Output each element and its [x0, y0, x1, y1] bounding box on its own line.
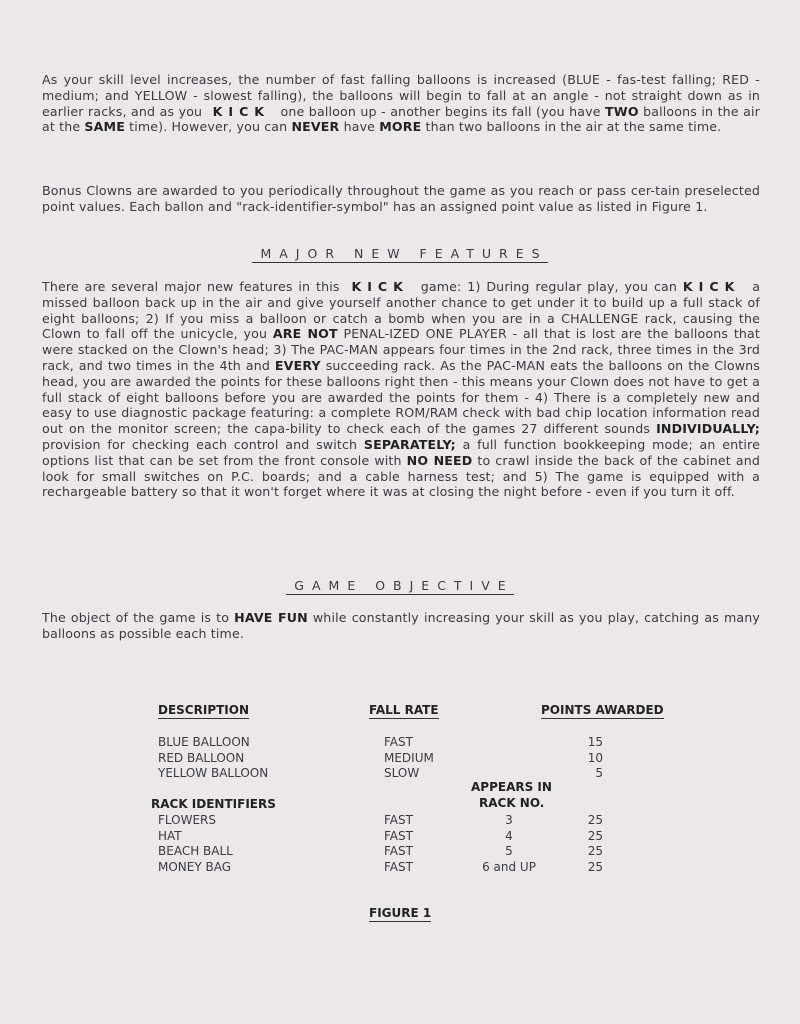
header-fall-rate: FALL RATE [369, 703, 439, 719]
rack-description: FLOWERS [158, 813, 216, 827]
rack-description: MONEY BAG [158, 860, 231, 874]
manual-page: As your skill level increases, the numbe… [0, 0, 800, 1024]
header-points-awarded: POINTS AWARDED [541, 703, 664, 719]
balloon-points: 5 [595, 766, 603, 780]
figure-caption: FIGURE 1 [369, 906, 431, 922]
rack-fall-rate: FAST [384, 844, 413, 858]
figure-1-table: DESCRIPTION FALL RATE POINTS AWARDED BLU… [0, 0, 800, 1024]
rack-fall-rate: FAST [384, 860, 413, 874]
rack-points: 25 [588, 829, 603, 843]
rack-number: 6 and UP [482, 860, 536, 874]
balloon-description: YELLOW BALLOON [158, 766, 268, 780]
rack-number: 4 [505, 829, 513, 843]
rack-points: 25 [588, 813, 603, 827]
balloon-description: RED BALLOON [158, 751, 244, 765]
rack-identifiers-label: RACK IDENTIFIERS [151, 797, 276, 811]
rack-points: 25 [588, 860, 603, 874]
balloon-description: BLUE BALLOON [158, 735, 250, 749]
rack-description: HAT [158, 829, 182, 843]
rack-no-label: RACK NO. [479, 796, 544, 810]
header-description: DESCRIPTION [158, 703, 249, 719]
rack-description: BEACH BALL [158, 844, 233, 858]
rack-fall-rate: FAST [384, 813, 413, 827]
rack-points: 25 [588, 844, 603, 858]
balloon-fall-rate: SLOW [384, 766, 419, 780]
rack-number: 5 [505, 844, 513, 858]
rack-fall-rate: FAST [384, 829, 413, 843]
appears-in-label: APPEARS IN [471, 780, 552, 794]
balloon-fall-rate: MEDIUM [384, 751, 434, 765]
balloon-points: 15 [588, 735, 603, 749]
rack-number: 3 [505, 813, 513, 827]
balloon-points: 10 [588, 751, 603, 765]
balloon-fall-rate: FAST [384, 735, 413, 749]
